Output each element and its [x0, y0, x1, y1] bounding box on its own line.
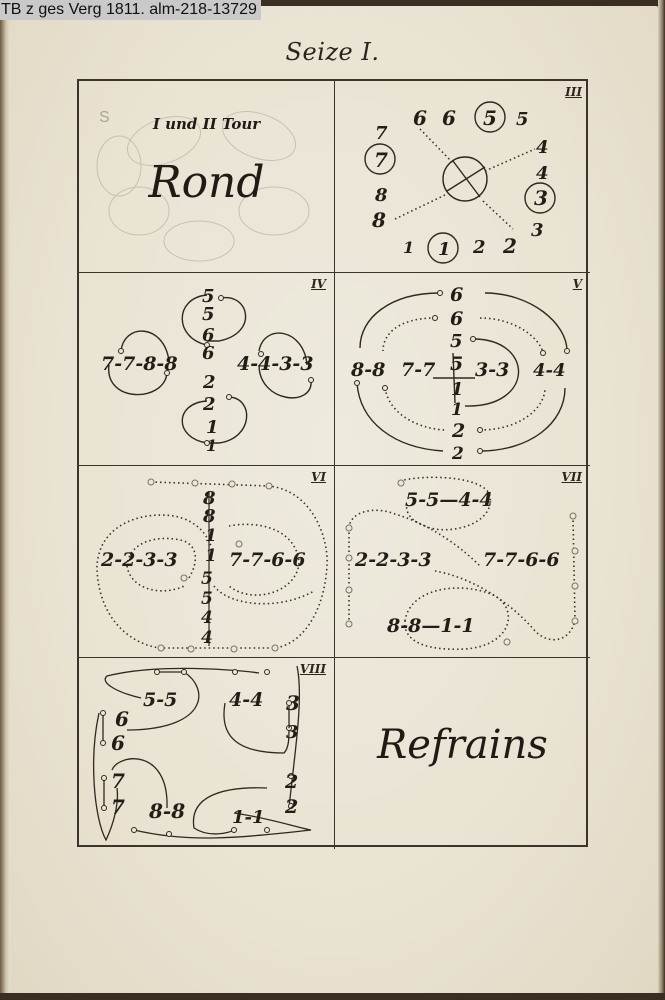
svg-text:4-4: 4-4	[229, 689, 263, 711]
svg-text:3: 3	[534, 186, 548, 210]
svg-text:5: 5	[483, 106, 497, 130]
svg-text:1: 1	[205, 526, 217, 546]
svg-text:5: 5	[201, 589, 213, 609]
svg-text:7-7-6-6: 7-7-6-6	[483, 549, 560, 571]
svg-text:7-7-6-6: 7-7-6-6	[229, 549, 306, 571]
svg-text:2-2-3-3: 2-2-3-3	[100, 549, 178, 571]
figure-title-refrains: Refrains	[335, 722, 590, 768]
cell-tour-vi: VI 8 8 1 1 5 5 4 4 2-2-3-3 7	[79, 466, 335, 658]
svg-text:2: 2	[451, 420, 465, 442]
svg-text:3: 3	[286, 722, 299, 743]
svg-text:1: 1	[206, 417, 219, 438]
svg-text:5-5—4-4: 5-5—4-4	[405, 489, 493, 511]
svg-text:5: 5	[516, 109, 529, 130]
svg-text:8-8: 8-8	[350, 359, 385, 381]
tour-subtitle: I und II Tour	[79, 115, 334, 133]
svg-text:6: 6	[442, 106, 456, 130]
svg-text:2-2-3-3: 2-2-3-3	[354, 549, 432, 571]
svg-text:8: 8	[202, 506, 216, 527]
svg-text:7: 7	[374, 148, 388, 172]
page-binding	[0, 0, 10, 1000]
svg-text:7: 7	[111, 795, 125, 819]
svg-text:6: 6	[450, 284, 463, 306]
cell-tour-iv: IV 5 5 6 6 7-7-8-8 4-4-	[79, 273, 335, 466]
diagram-tour-iv: 5 5 6 6 7-7-8-8 4-4-3-3 2 2 1 1	[79, 273, 335, 466]
svg-text:4-4: 4-4	[533, 360, 566, 381]
cell-tour-v: V 6	[335, 273, 590, 466]
svg-text:8: 8	[371, 208, 386, 232]
svg-text:7: 7	[375, 123, 388, 144]
svg-text:6: 6	[111, 731, 125, 755]
diagram-tour-vii: 5-5—4-4 2-2-3-3 7-7-6-6 8-8—1-1	[335, 466, 590, 658]
svg-text:8: 8	[374, 185, 388, 206]
svg-text:2: 2	[202, 394, 216, 415]
svg-text:7-7: 7-7	[401, 359, 435, 381]
svg-text:5: 5	[450, 353, 463, 375]
svg-text:1: 1	[206, 436, 217, 455]
plate-title: Seize I.	[0, 38, 665, 66]
svg-text:6: 6	[115, 707, 129, 731]
svg-text:5: 5	[202, 304, 215, 325]
figure-grid: S I und II Tour Rond III 6 6	[77, 79, 588, 847]
svg-text:2: 2	[502, 234, 517, 258]
cell-tour-viii: VIII	[79, 658, 335, 849]
svg-text:2: 2	[202, 372, 216, 393]
svg-text:8-8: 8-8	[148, 799, 185, 823]
svg-text:2: 2	[451, 444, 464, 464]
svg-text:5-5: 5-5	[143, 689, 177, 711]
svg-text:6: 6	[450, 308, 463, 330]
svg-text:1: 1	[205, 546, 217, 566]
figure-title-rond: Rond	[79, 157, 334, 208]
diagram-tour-v: 6 6 5 5 8-8 7-7 3-3 4-4 1 1 2 2	[335, 273, 590, 466]
svg-text:1: 1	[438, 239, 451, 260]
cell-rond: S I und II Tour Rond	[79, 81, 335, 273]
svg-text:4: 4	[201, 608, 213, 628]
svg-text:6: 6	[413, 106, 427, 130]
svg-text:6: 6	[202, 343, 215, 364]
svg-text:2: 2	[284, 771, 298, 793]
cell-tour-iii: III 6 6 5 5 7 7 8 8	[335, 81, 590, 273]
page-right-edge	[658, 0, 665, 1000]
svg-text:4-4-3-3: 4-4-3-3	[237, 353, 314, 375]
svg-text:4: 4	[201, 628, 213, 648]
svg-text:1: 1	[451, 400, 463, 420]
cell-refrains: Refrains	[335, 658, 590, 849]
svg-text:3: 3	[531, 220, 544, 241]
svg-text:4: 4	[536, 163, 549, 184]
diagram-tour-iii: 6 6 5 5 7 7 8 8 4 4 3 3 1 1 2 2	[335, 81, 590, 273]
svg-text:5: 5	[450, 331, 463, 352]
svg-text:3: 3	[286, 691, 300, 715]
svg-text:2: 2	[472, 237, 486, 258]
svg-text:1: 1	[451, 379, 464, 400]
svg-text:5: 5	[201, 569, 213, 589]
svg-text:1-1: 1-1	[232, 807, 265, 828]
svg-text:7: 7	[111, 769, 125, 793]
svg-text:8-8—1-1: 8-8—1-1	[386, 615, 475, 637]
cell-tour-vii: VII 5-5—4-4 2-2-3-3 7-7-6-6 8-8—1-1	[335, 466, 590, 658]
svg-text:1: 1	[403, 238, 414, 257]
svg-text:3-3: 3-3	[475, 359, 509, 381]
svg-text:2: 2	[284, 796, 298, 818]
svg-text:7-7-8-8: 7-7-8-8	[101, 353, 178, 375]
page-bottom-edge	[0, 993, 665, 1000]
diagram-tour-viii: 5-5 4-4 3 3 6 6 7 7 8-8 1-1 2 2	[79, 658, 335, 849]
diagram-tour-vi: 8 8 1 1 5 5 4 4 2-2-3-3 7-7-6-6	[79, 466, 335, 658]
image-label: TB z ges Verg 1811. alm-218-13729	[0, 0, 261, 20]
svg-text:4: 4	[536, 137, 549, 158]
